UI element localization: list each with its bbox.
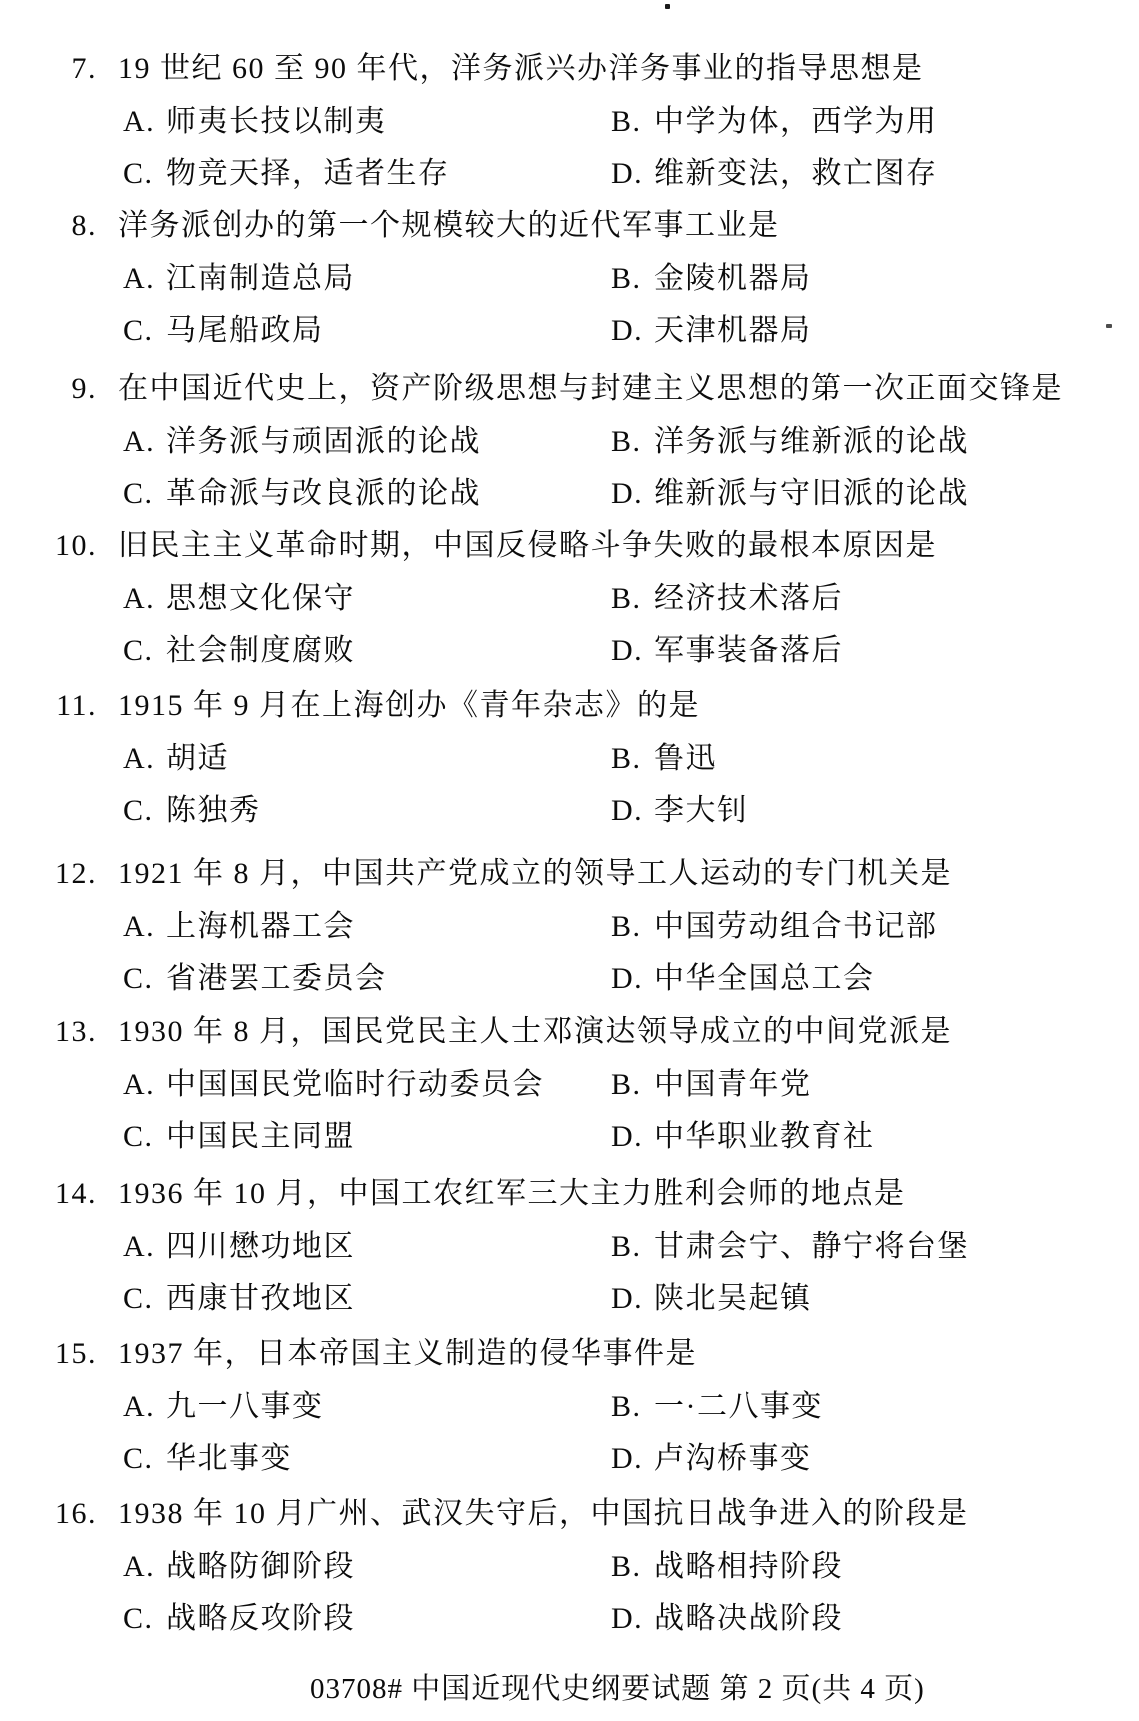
question-number: 11.: [40, 685, 97, 727]
option-c-letter: C.: [123, 153, 154, 195]
option-a-letter: A.: [123, 1226, 155, 1268]
option-b-text: 战略相持阶段: [654, 1546, 843, 1588]
option-b-letter: B.: [611, 1064, 642, 1106]
question-number: 8.: [40, 205, 97, 247]
option-d-letter: D.: [611, 473, 643, 515]
option-a-letter: A.: [123, 578, 155, 620]
option-a-text: 九一八事变: [166, 1386, 324, 1428]
option-c-text: 陈独秀: [166, 790, 261, 832]
option-c-letter: C.: [123, 630, 154, 672]
option-b-letter: B.: [611, 1226, 642, 1268]
option-a-letter: A.: [123, 1064, 155, 1106]
option-row-ab: A.四川懋功地区B.甘肃会宁、静宁将台堡: [0, 1226, 1139, 1268]
option-a-text: 洋务派与顽固派的论战: [166, 421, 481, 463]
option-row-ab: A.思想文化保守B.经济技术落后: [0, 578, 1139, 620]
option-row-ab: A.上海机器工会B.中国劳动组合书记部: [0, 906, 1139, 948]
question-title-line: 15.1937 年，日本帝国主义制造的侵华事件是: [0, 1333, 1139, 1375]
option-d-letter: D.: [611, 958, 643, 1000]
option-row-cd: C.中国民主同盟D.中华职业教育社: [0, 1116, 1139, 1158]
question-title: 1936 年 10 月，中国工农红军三大主力胜利会师的地点是: [118, 1173, 906, 1215]
option-b-letter: B.: [611, 738, 642, 780]
question-number: 14.: [40, 1173, 97, 1215]
option-d-letter: D.: [611, 790, 643, 832]
option-a-letter: A.: [123, 421, 155, 463]
option-a-letter: A.: [123, 101, 155, 143]
exam-page: 7.19 世纪 60 至 90 年代，洋务派兴办洋务事业的指导思想是A.师夷长技…: [0, 0, 1139, 1721]
option-row-ab: A.战略防御阶段B.战略相持阶段: [0, 1546, 1139, 1588]
option-a-text: 师夷长技以制夷: [166, 101, 387, 143]
question-number: 12.: [40, 853, 97, 895]
option-d-letter: D.: [611, 153, 643, 195]
option-b-letter: B.: [611, 1386, 642, 1428]
option-a-letter: A.: [123, 1546, 155, 1588]
option-a-text: 胡适: [166, 738, 229, 780]
option-row-ab: A.中国国民党临时行动委员会B.中国青年党: [0, 1064, 1139, 1106]
question-title: 在中国近代史上，资产阶级思想与封建主义思想的第一次正面交锋是: [118, 368, 1063, 410]
option-d-text: 卢沟桥事变: [654, 1438, 812, 1480]
option-a-letter: A.: [123, 738, 155, 780]
question-title-line: 12.1921 年 8 月，中国共产党成立的领导工人运动的专门机关是: [0, 853, 1139, 895]
option-d-letter: D.: [611, 1116, 643, 1158]
question-title-line: 11.1915 年 9 月在上海创办《青年杂志》的是: [0, 685, 1139, 727]
option-c-text: 西康甘孜地区: [166, 1278, 355, 1320]
question-title: 1921 年 8 月，中国共产党成立的领导工人运动的专门机关是: [118, 853, 952, 895]
option-d-letter: D.: [611, 630, 643, 672]
option-row-cd: C.西康甘孜地区D.陕北吴起镇: [0, 1278, 1139, 1320]
option-c-text: 马尾船政局: [166, 310, 324, 352]
option-b-text: 经济技术落后: [654, 578, 843, 620]
option-row-ab: A.洋务派与顽固派的论战B.洋务派与维新派的论战: [0, 421, 1139, 463]
option-b-text: 金陵机器局: [654, 258, 812, 300]
option-b-text: 鲁迅: [654, 738, 717, 780]
question-title-line: 14.1936 年 10 月，中国工农红军三大主力胜利会师的地点是: [0, 1173, 1139, 1215]
option-row-cd: C.华北事变D.卢沟桥事变: [0, 1438, 1139, 1480]
option-b-letter: B.: [611, 1546, 642, 1588]
option-a-text: 战略防御阶段: [166, 1546, 355, 1588]
option-a-text: 江南制造总局: [166, 258, 355, 300]
option-c-letter: C.: [123, 310, 154, 352]
question-title-line: 10.旧民主主义革命时期，中国反侵略斗争失败的最根本原因是: [0, 525, 1139, 567]
question-title: 1937 年，日本帝国主义制造的侵华事件是: [118, 1333, 697, 1375]
scan-artifact-dot: [665, 4, 670, 9]
option-c-letter: C.: [123, 1116, 154, 1158]
option-c-letter: C.: [123, 790, 154, 832]
option-b-text: 一·二八事变: [654, 1386, 823, 1428]
option-c-letter: C.: [123, 1598, 154, 1640]
option-c-text: 革命派与改良派的论战: [166, 473, 481, 515]
question-title: 洋务派创办的第一个规模较大的近代军事工业是: [118, 205, 780, 247]
option-b-letter: B.: [611, 101, 642, 143]
question-title: 19 世纪 60 至 90 年代，洋务派兴办洋务事业的指导思想是: [118, 48, 924, 90]
option-b-text: 甘肃会宁、静宁将台堡: [654, 1226, 969, 1268]
question-title-line: 7.19 世纪 60 至 90 年代，洋务派兴办洋务事业的指导思想是: [0, 48, 1139, 90]
question-title: 1930 年 8 月，国民党民主人士邓演达领导成立的中间党派是: [118, 1011, 952, 1053]
option-d-text: 战略决战阶段: [654, 1598, 843, 1640]
option-b-text: 中国青年党: [654, 1064, 812, 1106]
question-title: 1938 年 10 月广州、武汉失守后，中国抗日战争进入的阶段是: [118, 1493, 969, 1535]
option-b-text: 洋务派与维新派的论战: [654, 421, 969, 463]
question-title: 旧民主主义革命时期，中国反侵略斗争失败的最根本原因是: [118, 525, 937, 567]
option-b-letter: B.: [611, 906, 642, 948]
option-d-text: 中华职业教育社: [654, 1116, 875, 1158]
question-title-line: 16.1938 年 10 月广州、武汉失守后，中国抗日战争进入的阶段是: [0, 1493, 1139, 1535]
option-c-letter: C.: [123, 473, 154, 515]
option-b-letter: B.: [611, 421, 642, 463]
option-c-letter: C.: [123, 1278, 154, 1320]
option-row-cd: C.陈独秀D.李大钊: [0, 790, 1139, 832]
question-title-line: 9.在中国近代史上，资产阶级思想与封建主义思想的第一次正面交锋是: [0, 368, 1139, 410]
question-number: 7.: [40, 48, 97, 90]
page-footer: 03708# 中国近现代史纲要试题 第 2 页(共 4 页): [310, 1668, 925, 1710]
option-row-cd: C.省港罢工委员会D.中华全国总工会: [0, 958, 1139, 1000]
option-row-cd: C.马尾船政局D.天津机器局: [0, 310, 1139, 352]
option-c-text: 战略反攻阶段: [166, 1598, 355, 1640]
option-a-text: 中国国民党临时行动委员会: [166, 1064, 544, 1106]
option-d-letter: D.: [611, 1438, 643, 1480]
option-d-text: 中华全国总工会: [654, 958, 875, 1000]
option-d-letter: D.: [611, 1278, 643, 1320]
option-a-text: 思想文化保守: [166, 578, 355, 620]
option-b-text: 中学为体，西学为用: [654, 101, 938, 143]
option-d-text: 军事装备落后: [654, 630, 843, 672]
option-c-text: 物竞天择，适者生存: [166, 153, 450, 195]
option-b-text: 中国劳动组合书记部: [654, 906, 938, 948]
option-row-ab: A.师夷长技以制夷B.中学为体，西学为用: [0, 101, 1139, 143]
option-row-ab: A.江南制造总局B.金陵机器局: [0, 258, 1139, 300]
option-row-ab: A.九一八事变B.一·二八事变: [0, 1386, 1139, 1428]
option-d-text: 陕北吴起镇: [654, 1278, 812, 1320]
option-row-cd: C.物竞天择，适者生存D.维新变法，救亡图存: [0, 153, 1139, 195]
option-row-cd: C.革命派与改良派的论战D.维新派与守旧派的论战: [0, 473, 1139, 515]
option-row-cd: C.社会制度腐败D.军事装备落后: [0, 630, 1139, 672]
option-a-text: 四川懋功地区: [166, 1226, 355, 1268]
question-number: 9.: [40, 368, 97, 410]
option-d-text: 天津机器局: [654, 310, 812, 352]
option-b-letter: B.: [611, 578, 642, 620]
option-c-text: 华北事变: [166, 1438, 292, 1480]
question-title: 1915 年 9 月在上海创办《青年杂志》的是: [118, 685, 700, 727]
question-number: 15.: [40, 1333, 97, 1375]
question-number: 16.: [40, 1493, 97, 1535]
question-number: 10.: [40, 525, 97, 567]
option-c-letter: C.: [123, 958, 154, 1000]
option-c-text: 省港罢工委员会: [166, 958, 387, 1000]
option-c-letter: C.: [123, 1438, 154, 1480]
question-number: 13.: [40, 1011, 97, 1053]
option-a-letter: A.: [123, 1386, 155, 1428]
option-a-letter: A.: [123, 258, 155, 300]
option-row-ab: A.胡适B.鲁迅: [0, 738, 1139, 780]
option-a-letter: A.: [123, 906, 155, 948]
option-d-letter: D.: [611, 310, 643, 352]
option-d-letter: D.: [611, 1598, 643, 1640]
option-d-text: 维新变法，救亡图存: [654, 153, 938, 195]
option-d-text: 维新派与守旧派的论战: [654, 473, 969, 515]
option-c-text: 中国民主同盟: [166, 1116, 355, 1158]
option-b-letter: B.: [611, 258, 642, 300]
option-d-text: 李大钊: [654, 790, 749, 832]
question-title-line: 8.洋务派创办的第一个规模较大的近代军事工业是: [0, 205, 1139, 247]
option-c-text: 社会制度腐败: [166, 630, 355, 672]
option-row-cd: C.战略反攻阶段D.战略决战阶段: [0, 1598, 1139, 1640]
option-a-text: 上海机器工会: [166, 906, 355, 948]
question-title-line: 13.1930 年 8 月，国民党民主人士邓演达领导成立的中间党派是: [0, 1011, 1139, 1053]
